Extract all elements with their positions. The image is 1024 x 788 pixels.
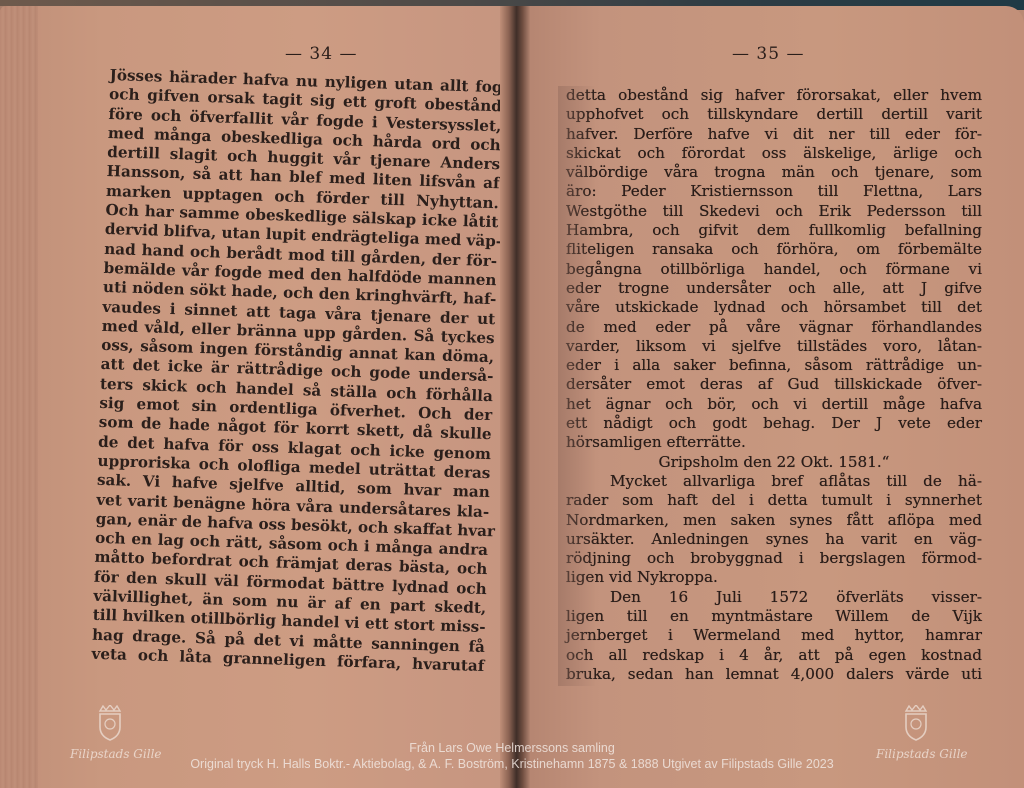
text-line: Mycket allvarliga bref aflåtas till de h… [566,472,982,491]
text-line: bruka, sedan han lemnat 4,000 dalers vär… [566,665,982,684]
footer-credits: Från Lars Owe Helmerssons samling Origin… [0,740,1024,772]
text-line: detta obestånd sig hafver förorsakat, el… [566,86,982,105]
text-line: flitеligen ransaka och förhöra, om förbe… [566,240,982,259]
left-page: — 34 — Jösses härader hafva nu nyligen u… [0,6,512,788]
right-page-text: detta obestånd sig hafver förorsakat, el… [566,86,982,684]
text-line: rader som haft del i detta tumult i synn… [566,491,982,510]
text-line: hörsamligen efterrätte. [566,433,982,452]
crowned-shield-icon [95,705,125,741]
text-line: de med eder på våre vägnar förhandlandes [566,318,982,337]
gutter-shadow [558,86,596,686]
footer-collection: Från Lars Owe Helmerssons samling [0,740,1024,756]
text-line: ligen till en myntmästare Willem de Vijk [566,607,982,626]
text-line: Westgöthe till Skedevi och Erik Pedersso… [566,202,982,221]
text-line: välbördige våra trogna män och tjenare, … [566,163,982,182]
page-number: — 35 — [732,44,804,64]
text-line: Hambra, och gifvit dem fullkomlig befall… [566,221,982,240]
text-line: ett nådigt och godt behag. Der J vete ed… [566,414,982,433]
letter-signature: Gripsholm den 22 Okt. 1581.“ [566,453,982,472]
text-line: hafver. Derföre hafve vi dit ner till ed… [566,125,982,144]
text-line: eder i alla saker befinna, såsom rättråd… [566,356,982,375]
text-line: Nordmarken, men saken synes fått aflöpa … [566,511,982,530]
page-fore-edge [0,6,38,788]
right-page: — 35 — detta obestånd sig hafver förorsa… [526,6,1024,788]
text-line: rödjning och brobyggnad i bergslagen för… [566,549,982,568]
text-line: ursäkter. Anledningen synes ha varit en … [566,530,982,549]
text-line: eder trogne undersåter och alle, att J g… [566,279,982,298]
text-line: äro: Peder Kristiernsson till Flettna, L… [566,182,982,201]
text-line: varder, liksom vi sjelfve tillstädes vor… [566,337,982,356]
text-line: jernberget i Wermeland med hyttor, hamra… [566,626,982,645]
text-line: Den 16 Juli 1572 öfverläts visser- [566,588,982,607]
text-line: våre utskickade lydnad och hörsambet til… [566,298,982,317]
crowned-shield-icon [901,705,931,741]
text-line: dersåter emot deras af Gud tillskickade … [566,375,982,394]
text-line: och all redskap i 4 år, att på egen kost… [566,646,982,665]
page-number: — 34 — [285,44,357,64]
book-spine [500,6,530,788]
text-line: het ägnar och bör, och vi dertill måge h… [566,395,982,414]
text-line: begångna otillbörliga handel, och förman… [566,260,982,279]
left-page-text: Jösses härader hafva nu nyligen utan all… [91,66,503,676]
footer-publication: Original tryck H. Halls Boktr.- Aktiebol… [0,756,1024,772]
text-line: upphofvet och tillskyndare dertill derti… [566,105,982,124]
text-line: skickat och förordat oss älskelige, ärli… [566,144,982,163]
text-line: ligen vid Nykroppa. [566,568,982,587]
